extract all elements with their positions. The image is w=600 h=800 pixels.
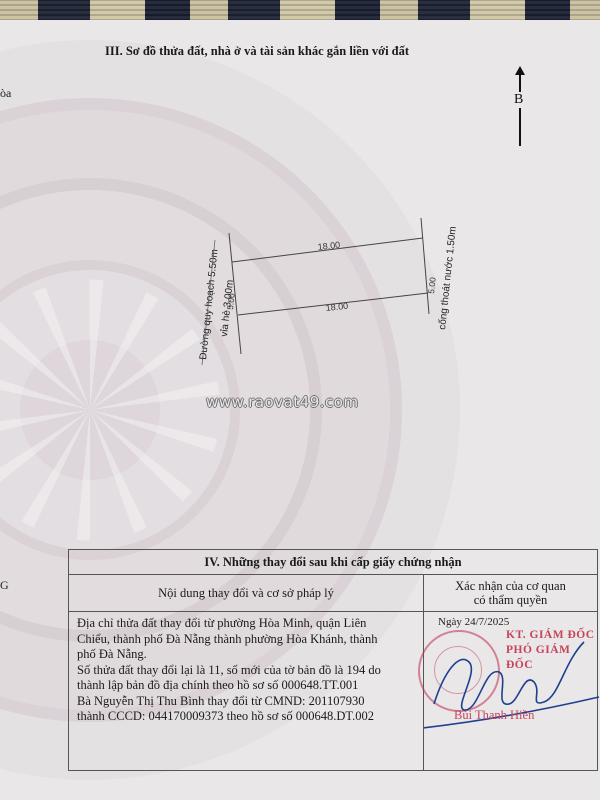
content-line: phố Đà Nẵng. [77,647,415,663]
right-edge-length: 5.00 [426,276,438,294]
content-line: thành lập bản đồ địa chính theo hồ sơ số… [77,678,415,694]
content-line: Số thửa đất thay đổi lại là 11, số mới c… [77,663,415,679]
confirm-header-line-2: có thẩm quyền [425,593,596,607]
content-line: thành CCCD: 044170009373 theo hồ sơ số 0… [77,709,415,725]
signer-name: Bùi Thanh Hiền [454,708,534,723]
section-4-title: IV. Những thay đổi sau khi cấp giấy chứn… [69,550,598,575]
content-line: Địa chỉ thửa đất thay đổi từ phường Hòa … [77,616,415,632]
right-drain-label: cống thoát nước 1.50m [436,226,459,331]
changes-table: IV. Những thay đổi sau khi cấp giấy chứn… [68,549,598,771]
left-road-label: Đường quy hoạch 5.50m [198,249,221,361]
confirmation-cell: Ngày 24/7/2025 KT. GIÁM ĐỐC PHÓ GIÁM ĐỐC… [424,612,598,771]
land-certificate-page: III. Sơ đồ thửa đất, nhà ở và tài sản kh… [0,20,600,800]
website-watermark: www.raovat49.com [206,393,359,411]
content-line: Chiểu, thành phố Đà Nẵng thành phường Hò… [77,632,415,648]
confirm-header-line-1: Xác nhận của cơ quan [425,579,596,593]
content-line: Bà Nguyễn Thị Thu Bình thay đổi từ CMND:… [77,694,415,710]
bottom-edge-length: 18.00 [325,301,348,313]
change-content-cell: Địa chỉ thửa đất thay đổi từ phường Hòa … [69,612,424,771]
top-edge-length: 18.00 [317,240,340,252]
content-column-header: Nội dung thay đổi và cơ sở pháp lý [69,575,424,612]
confirm-column-header: Xác nhận của cơ quan có thẩm quyền [424,575,598,612]
